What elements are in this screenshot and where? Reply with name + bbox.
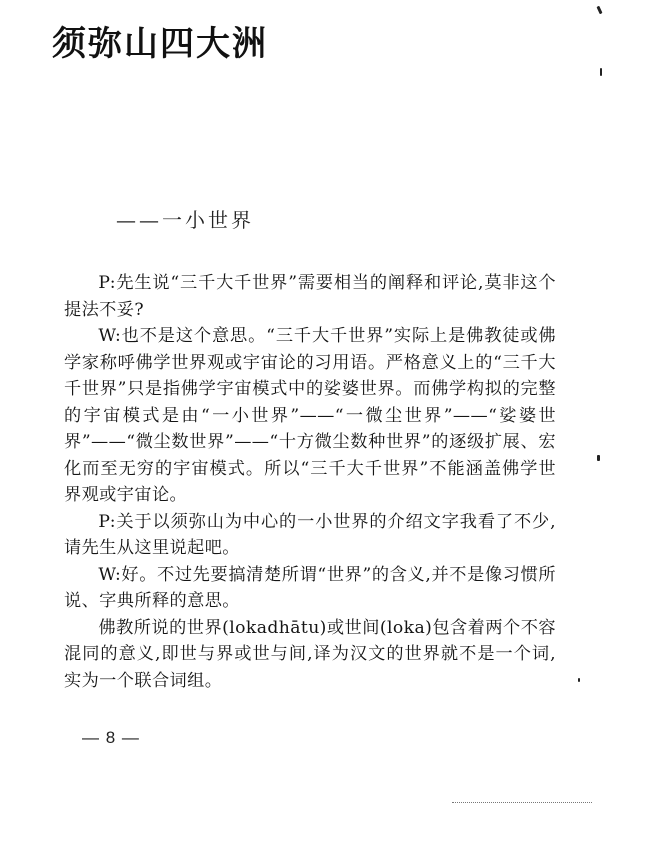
body-text: P:先生说“三千大千世界”需要相当的阐释和评论,莫非这个提法不妥? W:也不是这… [64,270,556,694]
scan-artifact [596,6,602,15]
scan-artifact [597,455,600,461]
scan-artifact [600,68,602,76]
paragraph: 佛教所说的世界(lokadhātu)或世间(loka)包含着两个不容混同的意义,… [64,615,556,695]
chapter-title: 须弥山四大洲 [52,16,268,65]
paragraph: P:关于以须弥山为中心的一小世界的介绍文字我看了不少,请先生从这里说起吧。 [64,509,556,562]
section-subtitle: ——一小世界 [116,204,254,233]
paragraph: W:也不是这个意思。“三千大千世界”实际上是佛教徒或佛学家称呼佛学世界观或宇宙论… [64,323,556,509]
paragraph: P:先生说“三千大千世界”需要相当的阐释和评论,莫非这个提法不妥? [64,270,556,323]
scan-artifact [452,802,592,804]
page-number: — 8 — [82,728,140,748]
scan-artifact [578,678,580,682]
paragraph: W:好。不过先要搞清楚所谓“世界”的含义,并不是像习惯所说、字典所释的意思。 [64,562,556,615]
